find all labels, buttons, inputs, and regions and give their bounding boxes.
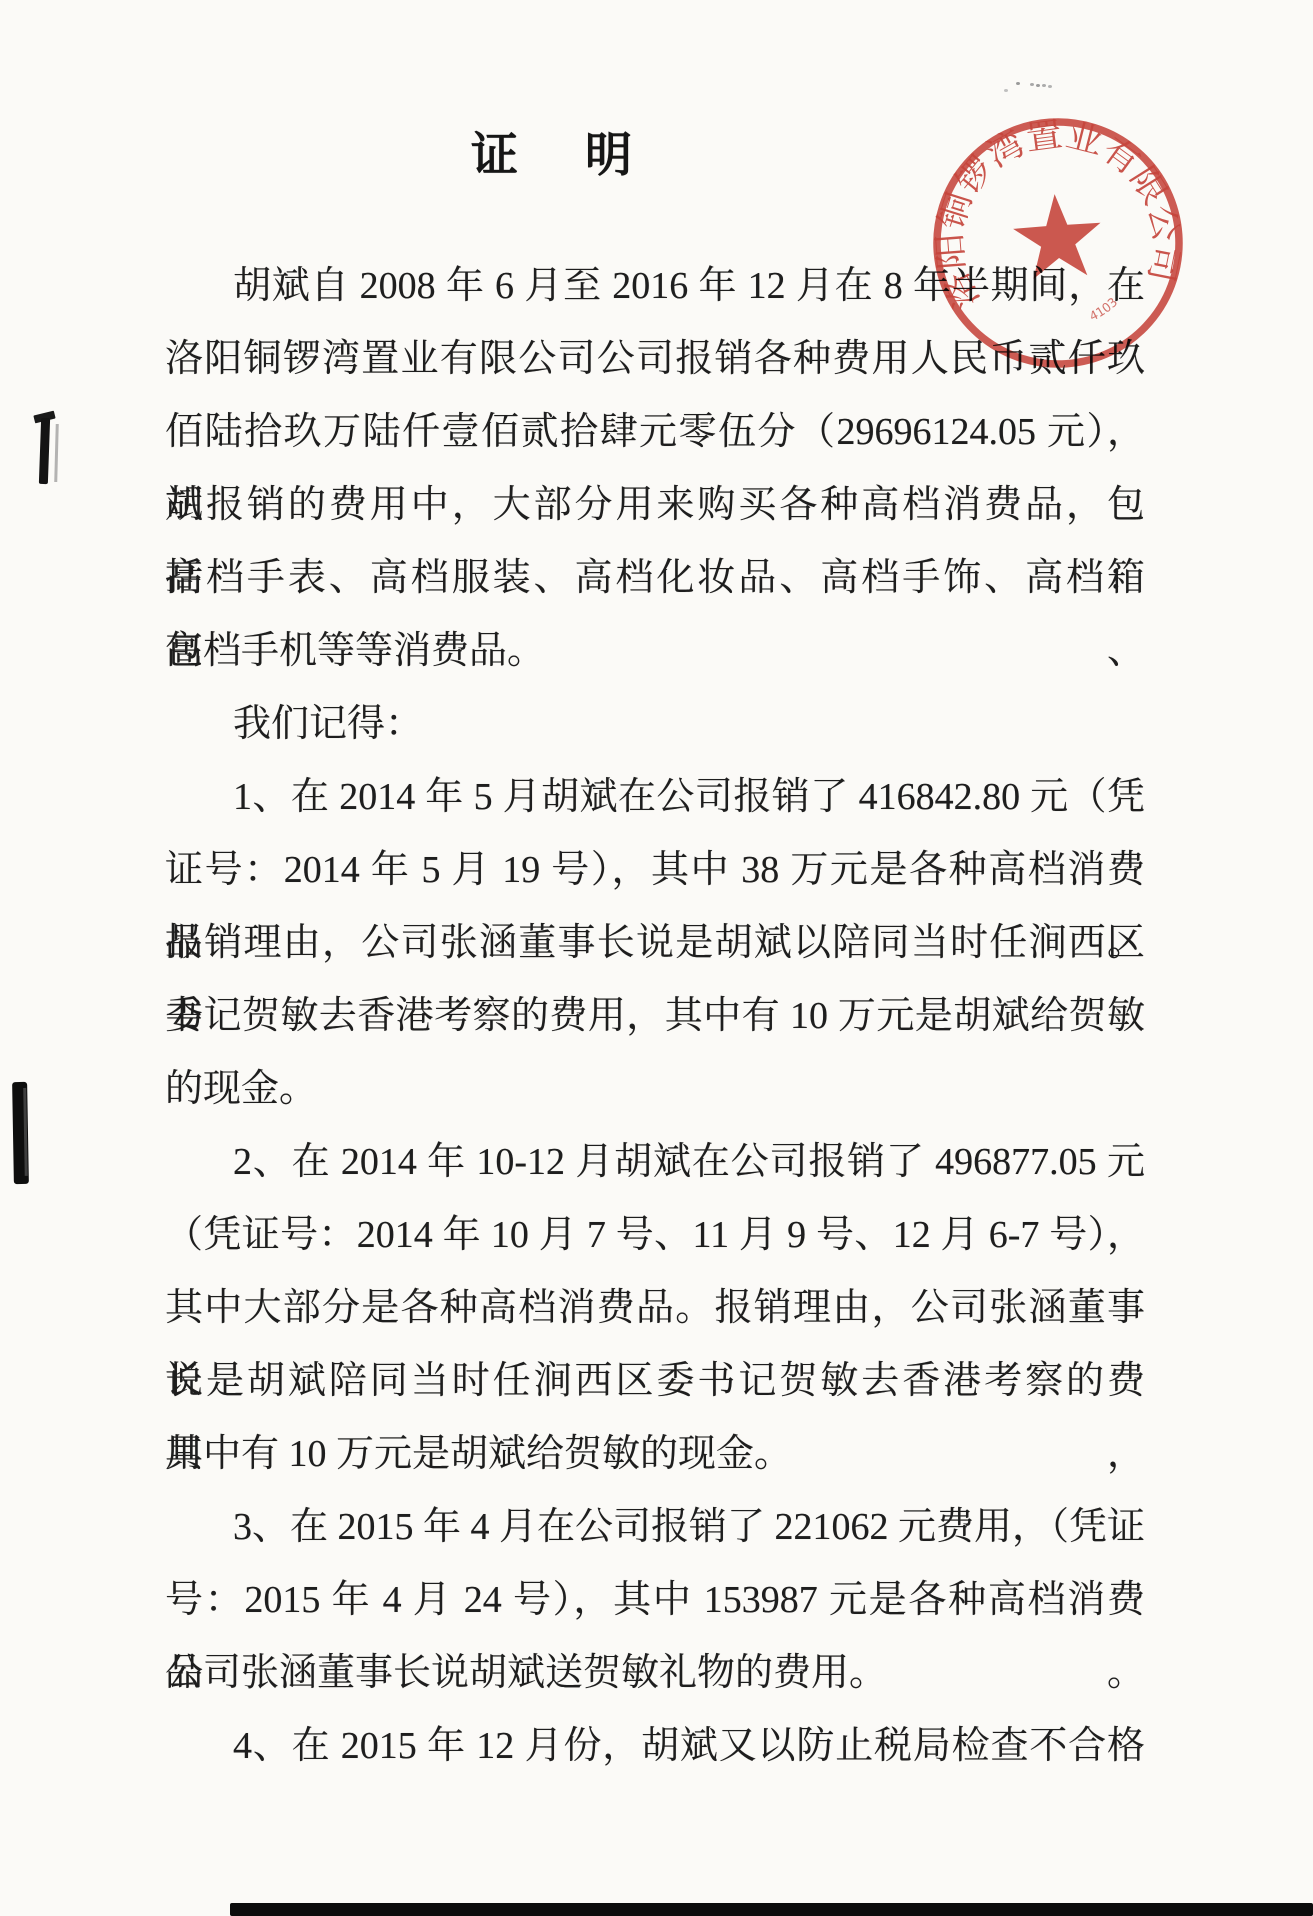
document-line: 书记贺敏去香港考察的费用，其中有 10 万元是胡斌给贺敏 <box>165 980 1145 1053</box>
scanned-document-page: 证 明 胡斌自 2008 年 6 月至 2016 年 12 月在 8 年半期间，… <box>0 0 1313 1916</box>
document-line: 3、在 2015 年 4 月在公司报销了 221062 元费用，（凭证 <box>165 1491 1145 1564</box>
scan-edge-bottom <box>230 1903 1313 1916</box>
document-line: 1、在 2014 年 5 月胡斌在公司报销了 416842.80 元（凭 <box>165 761 1145 834</box>
seal-serial-number: 4103 <box>1086 294 1122 324</box>
document-line: 2、在 2014 年 10-12 月胡斌在公司报销了 496877.05 元 <box>165 1126 1145 1199</box>
document-line: 高档手表、高档服装、高档化妆品、高档手饰、高档箱包、 <box>165 542 1145 615</box>
document-body: 胡斌自 2008 年 6 月至 2016 年 12 月在 8 年半期间，在洛阳铜… <box>165 250 1145 1783</box>
seal-star-icon <box>1011 191 1104 280</box>
binding-mark-top <box>36 414 66 494</box>
binding-mark-middle <box>12 1082 29 1184</box>
document-line: 证号：2014 年 5 月 19 号），其中 38 万元是各种高档消费品。 <box>165 834 1145 907</box>
company-seal-graphic: 洛阳铜锣湾置业有限公司 4103 <box>919 104 1197 382</box>
binding-mark-bar <box>39 418 50 484</box>
document-line: 其中大部分是各种高档消费品。报销理由，公司张涵董事长 <box>165 1272 1145 1345</box>
document-line: （凭证号：2014 年 10 月 7 号、11 月 9 号、12 月 6-7 号… <box>165 1199 1145 1272</box>
document-line: 的现金。 <box>165 1053 1145 1126</box>
scan-noise-dots <box>1016 82 1020 85</box>
document-line: 斌报销的费用中，大部分用来购买各种高档消费品，包括： <box>165 469 1145 542</box>
document-line: 说是胡斌陪同当时任涧西区委书记贺敏去香港考察的费用， <box>165 1345 1145 1418</box>
binding-mark-squiggle <box>54 424 59 482</box>
document-line: 报销理由，公司张涵董事长说是胡斌以陪同当时任涧西区委 <box>165 907 1145 980</box>
document-line: 佰陆拾玖万陆仟壹佰贰拾肆元零伍分（29696124.05 元），胡 <box>165 396 1145 469</box>
document-line: 号：2015 年 4 月 24 号），其中 153987 元是各种高档消费品。 <box>165 1564 1145 1637</box>
document-line: 4、在 2015 年 12 月份，胡斌又以防止税局检查不合格 <box>165 1710 1145 1783</box>
company-seal: 洛阳铜锣湾置业有限公司 4103 <box>919 104 1197 382</box>
document-line: 我们记得： <box>165 688 1145 761</box>
